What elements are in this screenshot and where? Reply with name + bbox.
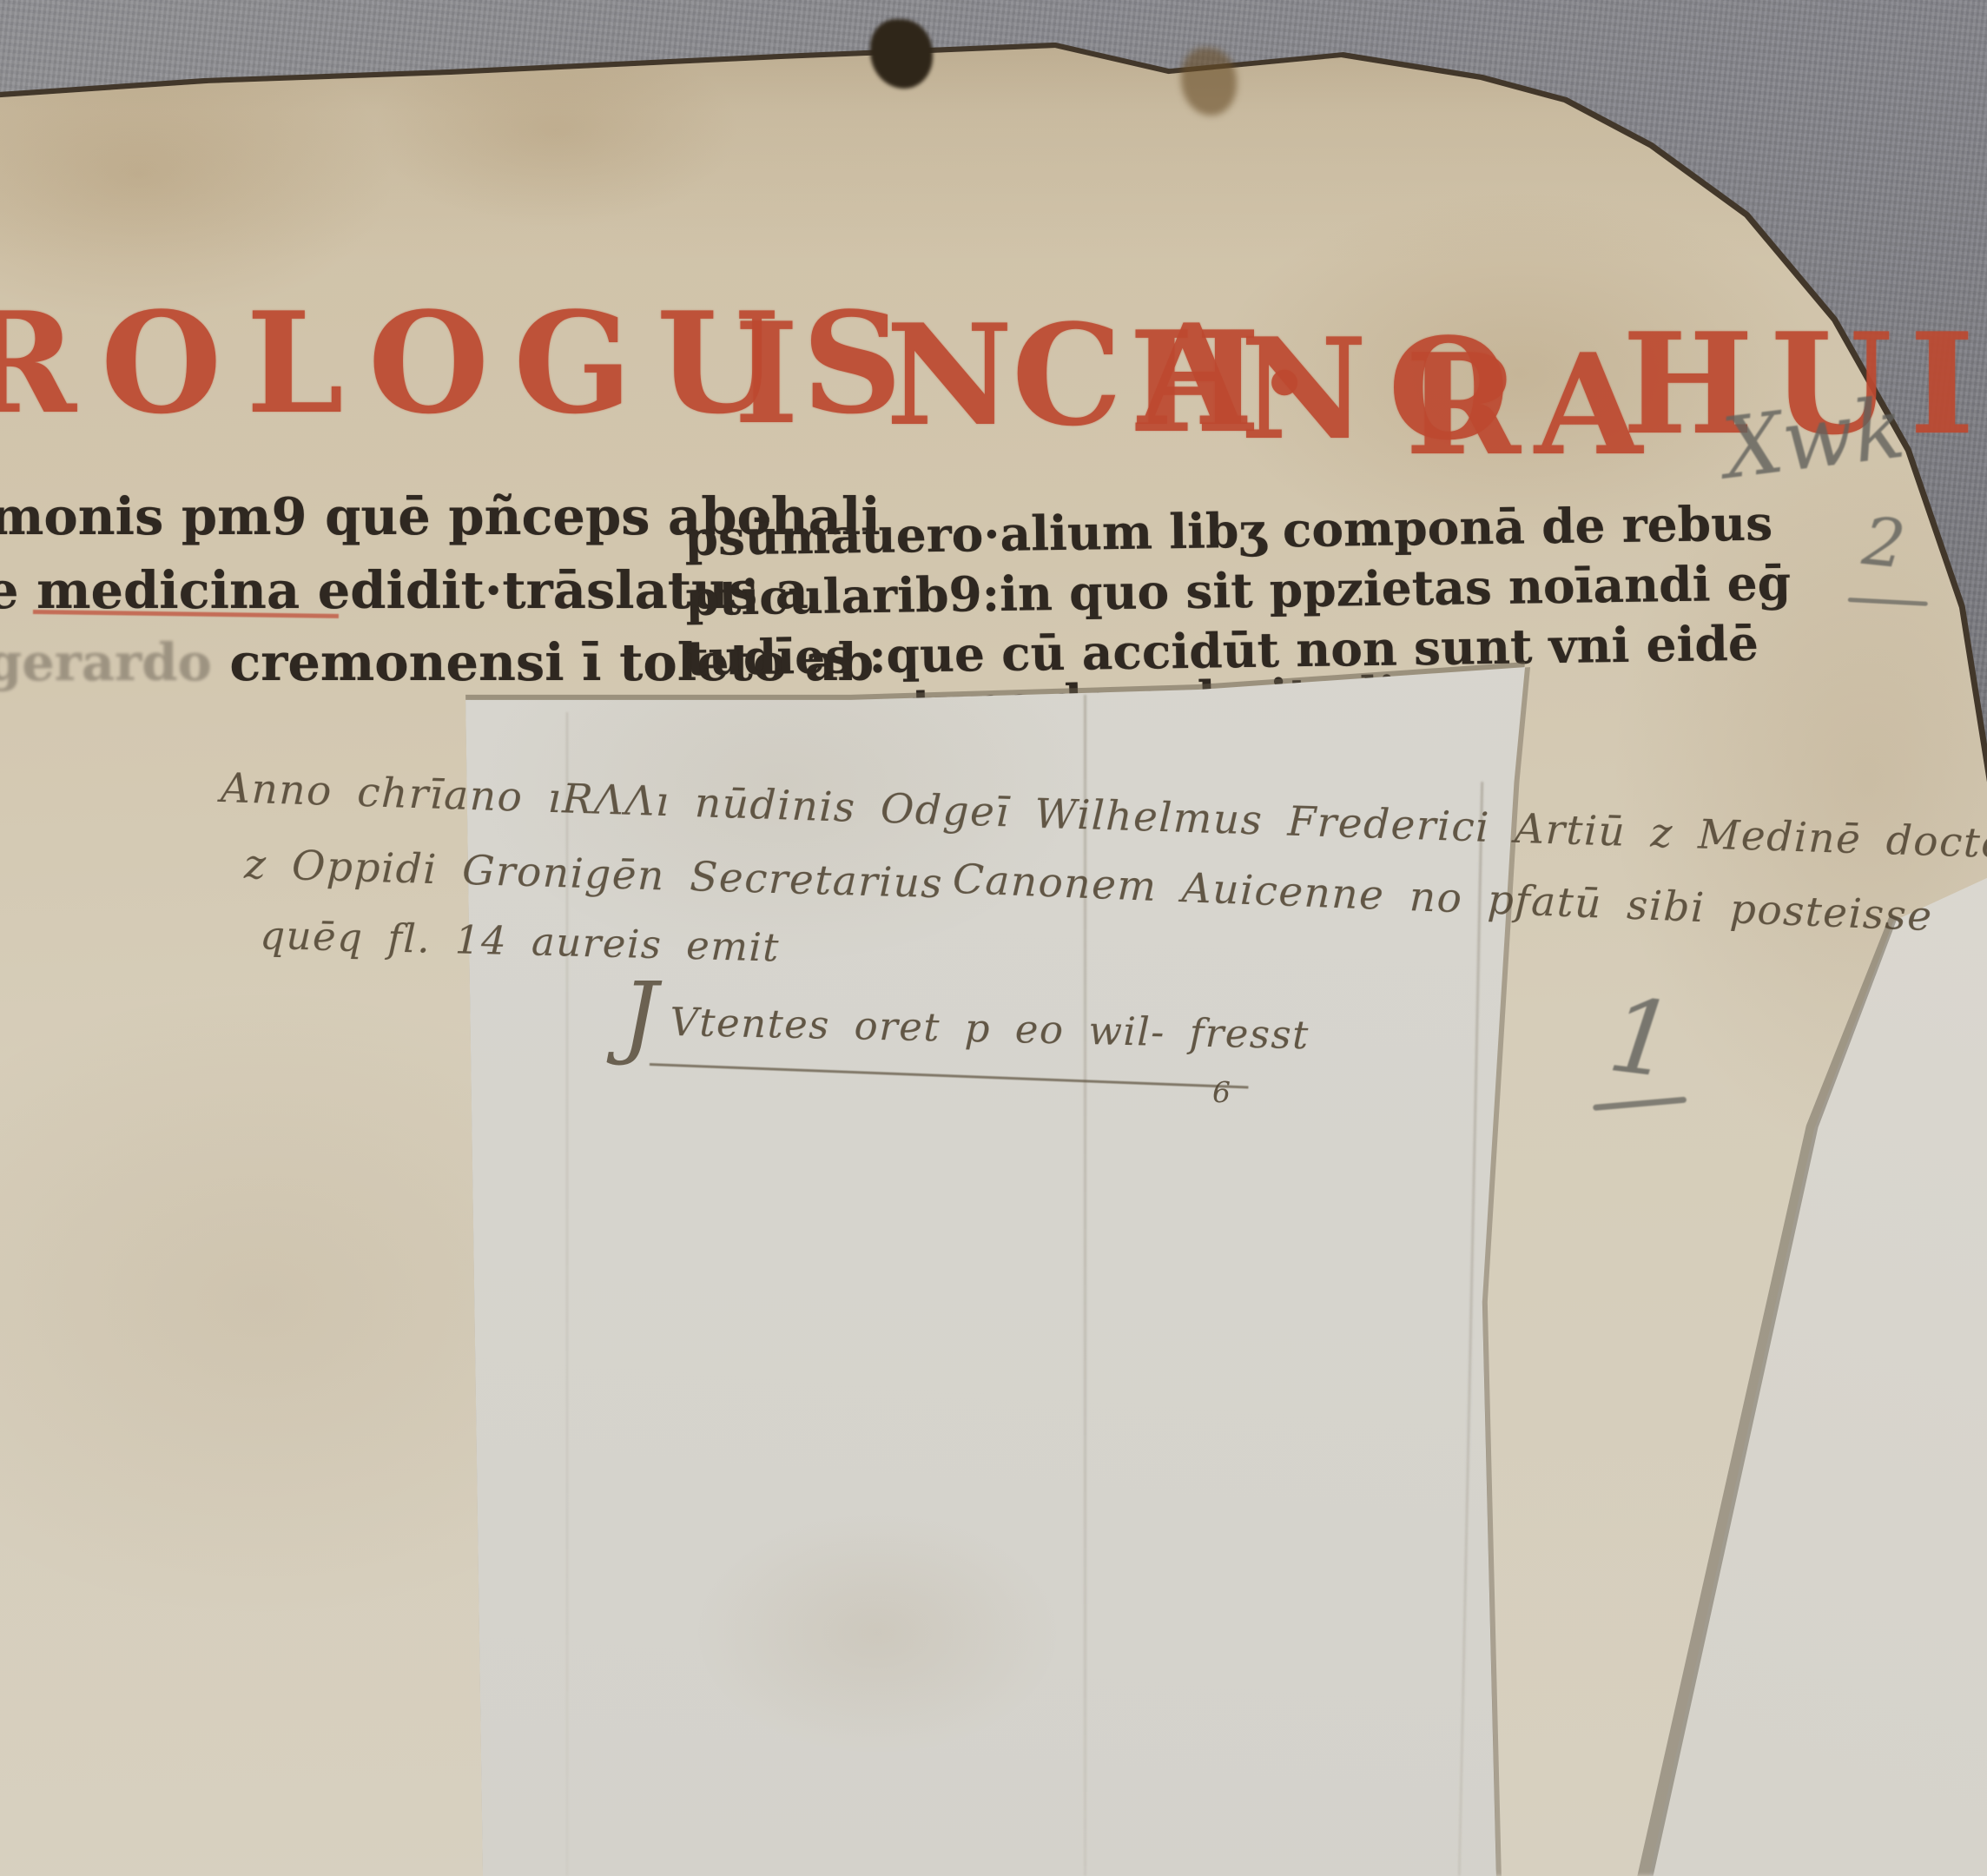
rubric-title-segment: N xyxy=(886,306,1013,445)
rubric-title-segment: RA xyxy=(1405,335,1656,474)
rubric-title-segment: I xyxy=(734,304,799,443)
pencil-shelfmark-number: 2 xyxy=(1859,502,1909,584)
photo-of-manuscript-page: ROLOGUS I N CA H· NO RA HUIO Xwk 2 monis… xyxy=(0,0,1987,1876)
motto-initial: J xyxy=(622,962,659,1068)
printed-faded-word: gerardo xyxy=(0,632,212,692)
printed-right-column: psūmauero·alium libʒ componā de rebus pt… xyxy=(684,492,1792,688)
motto-subscript: 6 xyxy=(1212,1075,1232,1109)
